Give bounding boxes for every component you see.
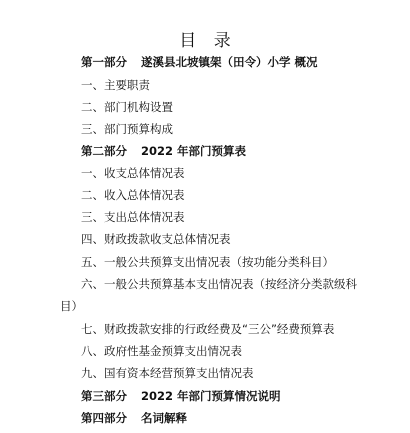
part-title: 名词解释	[141, 411, 187, 425]
toc-part-1[interactable]: 第一部分遂溪县北坡镇架（田令）小学 概况	[81, 54, 318, 70]
toc-item[interactable]: 六、一般公共预算基本支出情况表（按经济分类款级科	[81, 276, 357, 292]
part-title: 2022 年部门预算表	[141, 144, 246, 158]
part-title: 遂溪县北坡镇架（田令）小学 概况	[141, 55, 318, 69]
toc-part-2[interactable]: 第二部分2022 年部门预算表	[81, 143, 246, 159]
toc-item[interactable]: 七、财政拨款安排的行政经费及“三公”经费预算表	[81, 321, 334, 337]
toc-item[interactable]: 一、主要职责	[81, 77, 150, 93]
toc-item[interactable]: 二、部门机构设置	[81, 99, 173, 115]
toc-item[interactable]: 三、部门预算构成	[81, 121, 173, 137]
toc-item[interactable]: 一、收支总体情况表	[81, 165, 185, 181]
toc-part-4[interactable]: 第四部分名词解释	[81, 410, 187, 426]
toc-item[interactable]: 二、收入总体情况表	[81, 187, 185, 203]
toc-title: 目 录	[0, 30, 410, 52]
part-label: 第一部分	[81, 55, 127, 69]
toc-item-continuation[interactable]: 目）	[60, 298, 83, 314]
part-title: 2022 年部门预算情况说明	[141, 389, 281, 403]
toc-item[interactable]: 八、政府性基金预算支出情况表	[81, 343, 242, 359]
part-label: 第四部分	[81, 411, 127, 425]
toc-item[interactable]: 四、财政拨款收支总体情况表	[81, 231, 231, 247]
part-label: 第二部分	[81, 144, 127, 158]
toc-item[interactable]: 九、国有资本经营预算支出情况表	[81, 365, 254, 381]
toc-item[interactable]: 三、支出总体情况表	[81, 209, 185, 225]
toc-part-3[interactable]: 第三部分2022 年部门预算情况说明	[81, 388, 281, 404]
toc-item[interactable]: 五、一般公共预算支出情况表（按功能分类科目）	[81, 254, 334, 270]
part-label: 第三部分	[81, 389, 127, 403]
